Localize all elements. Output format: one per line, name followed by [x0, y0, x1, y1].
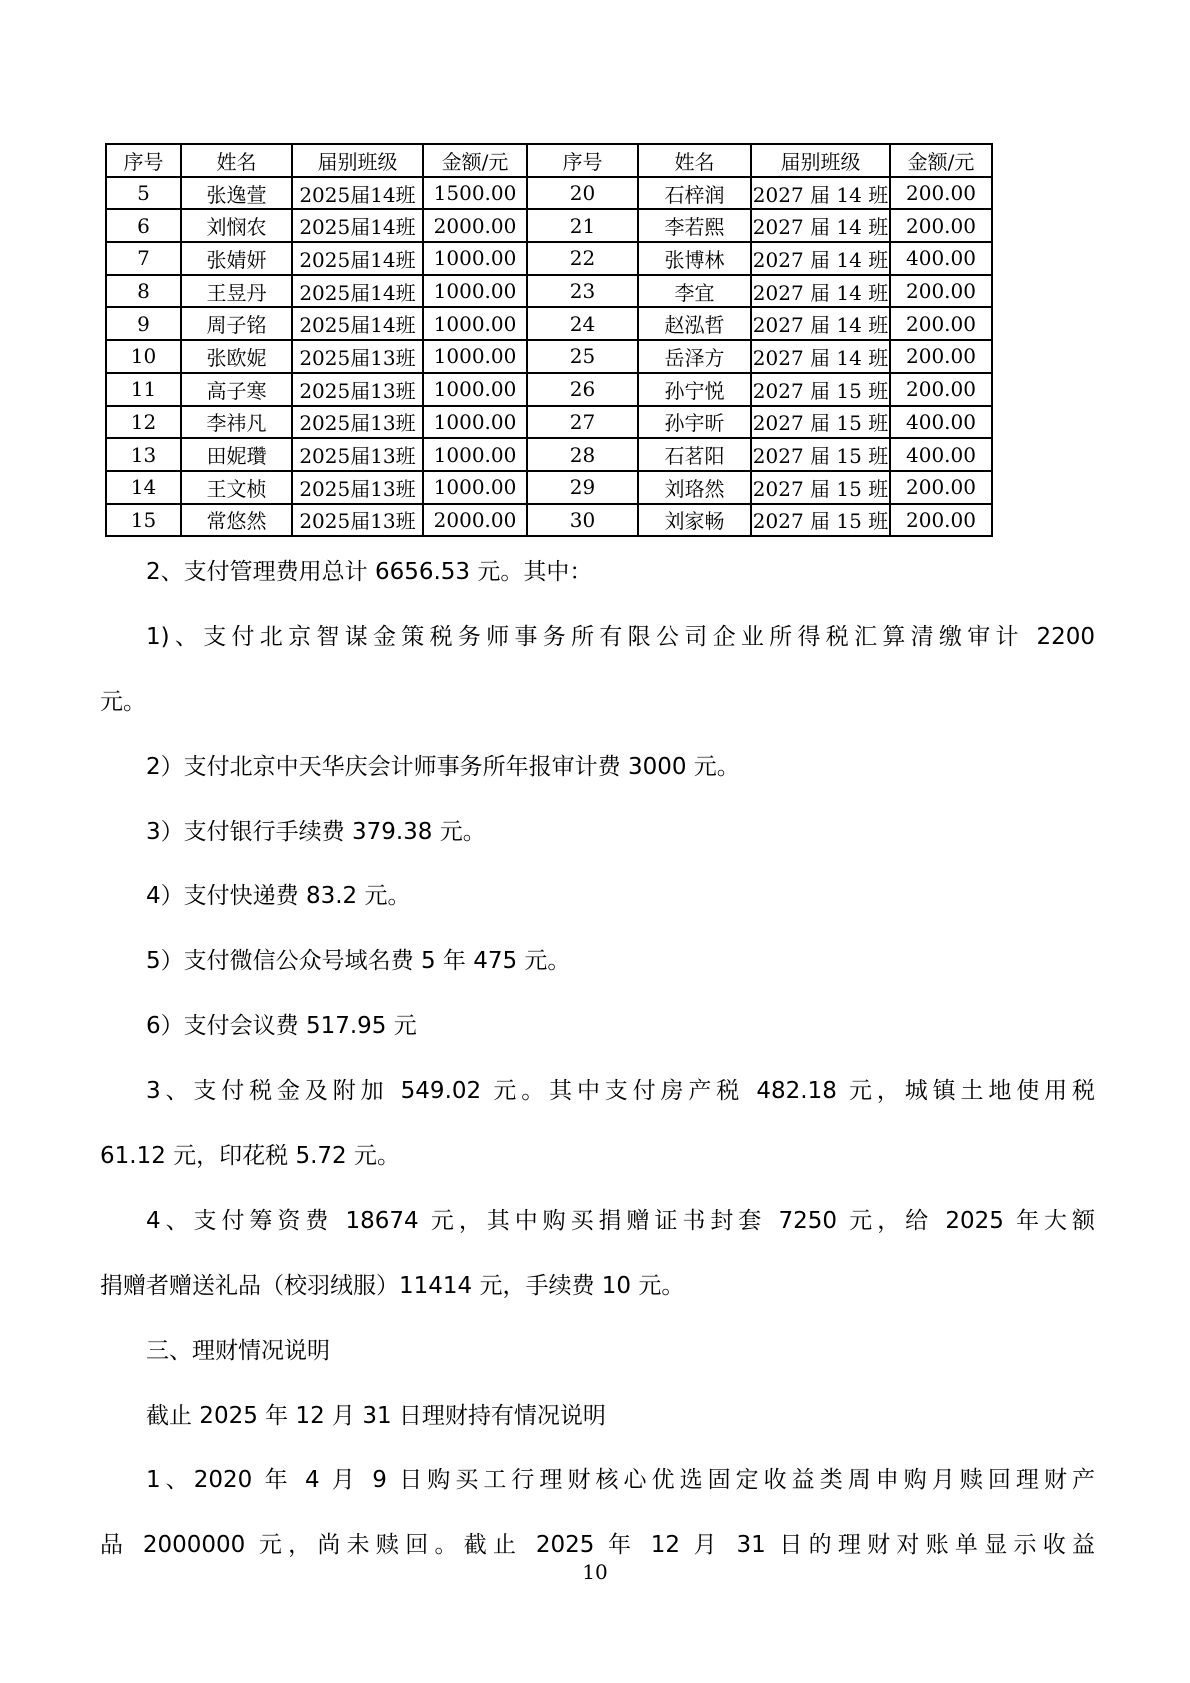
table-cell: 2025届13班 — [292, 406, 423, 439]
table-cell: 王昱丹 — [181, 275, 292, 308]
table-cell: 30 — [527, 504, 638, 537]
table-cell: 200.00 — [890, 340, 992, 373]
table-cell: 1500.00 — [423, 177, 527, 210]
table-cell: 2027 届 15 班 — [751, 471, 890, 504]
column-header-0: 序号 — [106, 144, 181, 177]
table-cell: 周子铭 — [181, 307, 292, 340]
table-cell: 2000.00 — [423, 209, 527, 242]
paragraph-line: 1、2020 年 4 月 9 日购买工行理财核心优选固定收益类周申购月赎回理财产 — [100, 1448, 1095, 1513]
table-row: 9周子铭2025届14班1000.0024赵泓哲2027 届 14 班200.0… — [106, 307, 992, 340]
table-cell: 张婧妍 — [181, 242, 292, 275]
table-cell: 张博林 — [638, 242, 751, 275]
table-cell: 22 — [527, 242, 638, 275]
table-cell: 2025届14班 — [292, 209, 423, 242]
paragraph-line: 1)、支付北京智谋金策税务师事务所有限公司企业所得税汇算清缴审计 2200 — [100, 605, 1095, 670]
table-cell: 李祎凡 — [181, 406, 292, 439]
document-page: 序号姓名届别班级金额/元序号姓名届别班级金额/元 5张逸萱2025届14班150… — [0, 0, 1190, 1683]
table-cell: 赵泓哲 — [638, 307, 751, 340]
table-cell: 2025届13班 — [292, 504, 423, 537]
paragraph-line: 2）支付北京中天华庆会计师事务所年报审计费 3000 元。 — [100, 735, 1095, 800]
table-cell: 2027 届 15 班 — [751, 504, 890, 537]
table-cell: 27 — [527, 406, 638, 439]
table-cell: 13 — [106, 438, 181, 471]
column-header-1: 姓名 — [181, 144, 292, 177]
paragraph-line: 元。 — [100, 670, 1095, 735]
table-cell: 石茗阳 — [638, 438, 751, 471]
body-text: 2、支付管理费用总计 6656.53 元。其中：1)、支付北京智谋金策税务师事务… — [100, 540, 1095, 1578]
column-header-6: 届别班级 — [751, 144, 890, 177]
column-header-4: 序号 — [527, 144, 638, 177]
table-cell: 25 — [527, 340, 638, 373]
table-cell: 田妮瓚 — [181, 438, 292, 471]
table-row: 13田妮瓚2025届13班1000.0028石茗阳2027 届 15 班400.… — [106, 438, 992, 471]
table-cell: 12 — [106, 406, 181, 439]
table-cell: 1000.00 — [423, 275, 527, 308]
table-cell: 2027 届 14 班 — [751, 340, 890, 373]
paragraph-line: 3、支付税金及附加 549.02 元。其中支付房产税 482.18 元，城镇土地… — [100, 1059, 1095, 1124]
table-row: 6刘悯农2025届14班2000.0021李若熙2027 届 14 班200.0… — [106, 209, 992, 242]
table-cell: 2027 届 14 班 — [751, 242, 890, 275]
table-cell: 张欧妮 — [181, 340, 292, 373]
table-row: 11高子寒2025届13班1000.0026孙宁悦2027 届 15 班200.… — [106, 373, 992, 406]
paragraph-line: 4、支付筹资费 18674 元，其中购买捐赠证书封套 7250 元，给 2025… — [100, 1189, 1095, 1254]
table-cell: 2027 届 15 班 — [751, 373, 890, 406]
table-cell: 王文桢 — [181, 471, 292, 504]
paragraph-line: 三、理财情况说明 — [100, 1319, 1095, 1384]
table-cell: 9 — [106, 307, 181, 340]
table-cell: 20 — [527, 177, 638, 210]
table-cell: 10 — [106, 340, 181, 373]
table-cell: 6 — [106, 209, 181, 242]
table-cell: 14 — [106, 471, 181, 504]
table-cell: 孙宇昕 — [638, 406, 751, 439]
table-cell: 2027 届 14 班 — [751, 177, 890, 210]
table-cell: 2027 届 15 班 — [751, 438, 890, 471]
paragraph-line: 4）支付快递费 83.2 元。 — [100, 864, 1095, 929]
table-cell: 23 — [527, 275, 638, 308]
table-cell: 2025届14班 — [292, 177, 423, 210]
table-row: 15常悠然2025届13班2000.0030刘家畅2027 届 15 班200.… — [106, 504, 992, 537]
table-cell: 5 — [106, 177, 181, 210]
paragraph-line: 3）支付银行手续费 379.38 元。 — [100, 800, 1095, 865]
table-cell: 200.00 — [890, 177, 992, 210]
table-cell: 2025届14班 — [292, 275, 423, 308]
table-cell: 1000.00 — [423, 307, 527, 340]
table-cell: 200.00 — [890, 275, 992, 308]
table-cell: 11 — [106, 373, 181, 406]
table-cell: 1000.00 — [423, 242, 527, 275]
table-cell: 2027 届 15 班 — [751, 406, 890, 439]
table-cell: 1000.00 — [423, 340, 527, 373]
table-cell: 刘家畅 — [638, 504, 751, 537]
table-cell: 21 — [527, 209, 638, 242]
paragraph-line: 5）支付微信公众号域名费 5 年 475 元。 — [100, 929, 1095, 994]
column-header-5: 姓名 — [638, 144, 751, 177]
table-cell: 2027 届 14 班 — [751, 275, 890, 308]
table-cell: 24 — [527, 307, 638, 340]
table-cell: 常悠然 — [181, 504, 292, 537]
column-header-3: 金额/元 — [423, 144, 527, 177]
table-cell: 1000.00 — [423, 471, 527, 504]
table-cell: 2025届14班 — [292, 242, 423, 275]
table-row: 5张逸萱2025届14班1500.0020石梓润2027 届 14 班200.0… — [106, 177, 992, 210]
table-row: 10张欧妮2025届13班1000.0025岳泽方2027 届 14 班200.… — [106, 340, 992, 373]
table-cell: 2025届13班 — [292, 471, 423, 504]
table-cell: 200.00 — [890, 209, 992, 242]
table-cell: 200.00 — [890, 504, 992, 537]
paragraph-line: 6）支付会议费 517.95 元 — [100, 994, 1095, 1059]
donor-table: 序号姓名届别班级金额/元序号姓名届别班级金额/元 5张逸萱2025届14班150… — [105, 143, 993, 537]
column-header-7: 金额/元 — [890, 144, 992, 177]
table-header-row: 序号姓名届别班级金额/元序号姓名届别班级金额/元 — [106, 144, 992, 177]
table-cell: 李若熙 — [638, 209, 751, 242]
table-cell: 高子寒 — [181, 373, 292, 406]
table-cell: 2025届13班 — [292, 340, 423, 373]
table-cell: 200.00 — [890, 373, 992, 406]
table-cell: 26 — [527, 373, 638, 406]
table-cell: 2000.00 — [423, 504, 527, 537]
table-cell: 28 — [527, 438, 638, 471]
table-cell: 7 — [106, 242, 181, 275]
table-cell: 1000.00 — [423, 406, 527, 439]
column-header-2: 届别班级 — [292, 144, 423, 177]
table-row: 8王昱丹2025届14班1000.0023李宜2027 届 14 班200.00 — [106, 275, 992, 308]
paragraph-line: 捐赠者赠送礼品（校羽绒服）11414 元，手续费 10 元。 — [100, 1254, 1095, 1319]
table-cell: 2025届13班 — [292, 373, 423, 406]
table-cell: 石梓润 — [638, 177, 751, 210]
table-cell: 刘珞然 — [638, 471, 751, 504]
paragraph-line: 截止 2025 年 12 月 31 日理财持有情况说明 — [100, 1384, 1095, 1449]
table-cell: 400.00 — [890, 438, 992, 471]
table-cell: 1000.00 — [423, 438, 527, 471]
table-cell: 29 — [527, 471, 638, 504]
table-cell: 200.00 — [890, 471, 992, 504]
table-cell: 2027 届 14 班 — [751, 209, 890, 242]
table-cell: 岳泽方 — [638, 340, 751, 373]
table-cell: 1000.00 — [423, 373, 527, 406]
table-cell: 刘悯农 — [181, 209, 292, 242]
table-cell: 8 — [106, 275, 181, 308]
paragraph-line: 2、支付管理费用总计 6656.53 元。其中： — [100, 540, 1095, 605]
paragraph-line: 61.12 元，印花税 5.72 元。 — [100, 1124, 1095, 1189]
table-row: 12李祎凡2025届13班1000.0027孙宇昕2027 届 15 班400.… — [106, 406, 992, 439]
table-row: 14王文桢2025届13班1000.0029刘珞然2027 届 15 班200.… — [106, 471, 992, 504]
page-number: 10 — [0, 1560, 1190, 1584]
table-cell: 2025届13班 — [292, 438, 423, 471]
table-cell: 400.00 — [890, 242, 992, 275]
table-cell: 张逸萱 — [181, 177, 292, 210]
table-row: 7张婧妍2025届14班1000.0022张博林2027 届 14 班400.0… — [106, 242, 992, 275]
table-cell: 15 — [106, 504, 181, 537]
table-cell: 400.00 — [890, 406, 992, 439]
table-cell: 200.00 — [890, 307, 992, 340]
table-cell: 孙宁悦 — [638, 373, 751, 406]
table-cell: 2025届14班 — [292, 307, 423, 340]
table-cell: 2027 届 14 班 — [751, 307, 890, 340]
table-cell: 李宜 — [638, 275, 751, 308]
